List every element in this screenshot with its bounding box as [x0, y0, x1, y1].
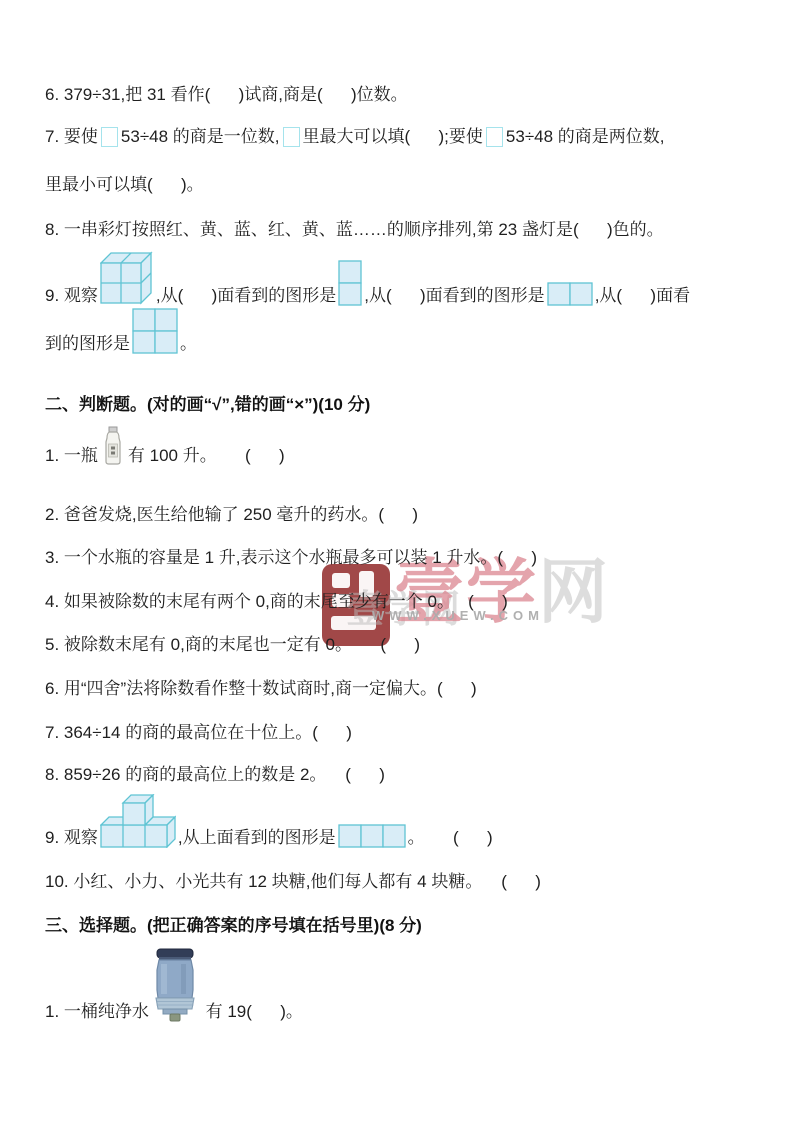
- t-shape-cubes-figure: [100, 794, 176, 848]
- question-text: ,从( )面看: [595, 285, 690, 307]
- judge-question-6: 6. 用“四舍”法将除数看作整十数试商时,商一定偏大。( ): [45, 678, 477, 700]
- question-text: 7. 要使: [45, 126, 98, 148]
- question-text: 10. 小红、小力、小光共有 12 块糖,他们每人都有 4 块糖。 ( ): [45, 871, 541, 893]
- blank-box: [283, 127, 300, 147]
- question-text: 5. 被除数末尾有 0,商的末尾也一定有 0。 ( ): [45, 634, 420, 656]
- question-text: 里最小可以填( )。: [45, 174, 204, 196]
- section-3-header: 三、选择题。(把正确答案的序号填在括号里)(8 分): [45, 915, 422, 937]
- question-text: 7. 364÷14 的商的最高位在十位上。( ): [45, 722, 352, 744]
- judge-question-3: 3. 一个水瓶的容量是 1 升,表示这个水瓶最多可以装 1 升水。( ): [45, 547, 537, 569]
- view-figure-1x2-vertical: [338, 260, 362, 306]
- judge-question-2: 2. 爸爸发烧,医生给他输了 250 毫升的药水。( ): [45, 504, 418, 526]
- question-text: 。 ( ): [408, 827, 493, 849]
- question-text: 。: [180, 333, 197, 355]
- question-text: 1. 一瓶: [45, 445, 98, 467]
- question-text: 到的图形是: [45, 333, 130, 355]
- question-text: 6. 用“四舍”法将除数看作整十数试商时,商一定偏大。( ): [45, 678, 477, 700]
- section-2-header: 二、判断题。(对的画“√”,错的画“×”)(10 分): [45, 394, 370, 416]
- view-figure-1x3-horizontal: [338, 824, 406, 848]
- fill-question-9-line1: 9. 观察 ,从( )面看到的图形是 ,从( )面看到的图形是 ,从: [45, 248, 690, 307]
- judge-question-10: 10. 小红、小力、小光共有 12 块糖,他们每人都有 4 块糖。 ( ): [45, 871, 541, 893]
- judge-question-1: 1. 一瓶 有 100 升。 ( ): [45, 426, 285, 467]
- watermark-brand-suffix: 网: [538, 553, 610, 631]
- question-text: 8. 一串彩灯按照红、黄、蓝、红、黄、蓝……的顺序排列,第 23 盏灯是( )色…: [45, 219, 664, 241]
- milk-bottle-image: [100, 426, 126, 466]
- water-bottle-image: [151, 948, 199, 1022]
- fill-question-7-line2: 里最小可以填( )。: [45, 174, 204, 196]
- question-text: 有 19( )。: [201, 1001, 303, 1023]
- section-title: 三、选择题。(把正确答案的序号填在括号里)(8 分): [45, 915, 422, 937]
- question-text: 2. 爸爸发烧,医生给他输了 250 毫升的药水。( ): [45, 504, 418, 526]
- question-text: 8. 859÷26 的商的最高位上的数是 2。 ( ): [45, 764, 385, 786]
- view-figure-2x2-grid: [132, 308, 178, 354]
- blank-box: [486, 127, 503, 147]
- question-text: 53÷48 的商是一位数,: [121, 126, 280, 148]
- fill-question-7-line1: 7. 要使 53÷48 的商是一位数, 里最大可以填( );要使 53÷48 的…: [45, 126, 665, 148]
- question-text: ,从上面看到的图形是: [178, 827, 336, 849]
- question-text: 53÷48 的商是两位数,: [506, 126, 665, 148]
- question-text: 9. 观察: [45, 827, 98, 849]
- judge-question-5: 5. 被除数末尾有 0,商的末尾也一定有 0。 ( ): [45, 634, 420, 656]
- fill-question-6: 6. 379÷31,把 31 看作( )试商,商是( )位数。: [45, 84, 408, 106]
- fill-question-8: 8. 一串彩灯按照红、黄、蓝、红、黄、蓝……的顺序排列,第 23 盏灯是( )色…: [45, 219, 664, 241]
- judge-question-4: 4. 如果被除数的末尾有两个 0,商的末尾至少有一个 0。 ( ): [45, 591, 508, 613]
- blank-box: [101, 127, 118, 147]
- question-text: ,从( )面看到的图形是: [156, 285, 336, 307]
- worksheet-page: 壹学网 壹学网 WWW.XUEW.COM 6. 379÷31,把 31 看作( …: [0, 0, 793, 1122]
- judge-question-9: 9. 观察 ,从上面看到的图形是 。 ( ): [45, 794, 493, 849]
- question-text: 1. 一桶纯净水: [45, 1001, 149, 1023]
- judge-question-7: 7. 364÷14 的商的最高位在十位上。( ): [45, 722, 352, 744]
- question-text: 9. 观察: [45, 285, 98, 307]
- fill-question-9-line2: 到的图形是 。: [45, 308, 197, 355]
- question-text: ,从( )面看到的图形是: [364, 285, 544, 307]
- question-text: 有 100 升。 ( ): [128, 445, 285, 467]
- question-text: 4. 如果被除数的末尾有两个 0,商的末尾至少有一个 0。 ( ): [45, 591, 508, 613]
- cuboid-2x2-figure: [100, 248, 154, 306]
- question-text: 里最大可以填( );要使: [303, 126, 483, 148]
- judge-question-8: 8. 859÷26 的商的最高位上的数是 2。 ( ): [45, 764, 385, 786]
- question-text: 3. 一个水瓶的容量是 1 升,表示这个水瓶最多可以装 1 升水。( ): [45, 547, 537, 569]
- view-figure-2x1-horizontal: [547, 282, 593, 306]
- question-text: 6. 379÷31,把 31 看作( )试商,商是( )位数。: [45, 84, 408, 106]
- choice-question-1: 1. 一桶纯净水 有 19( )。: [45, 948, 303, 1023]
- section-title: 二、判断题。(对的画“√”,错的画“×”)(10 分): [45, 394, 370, 416]
